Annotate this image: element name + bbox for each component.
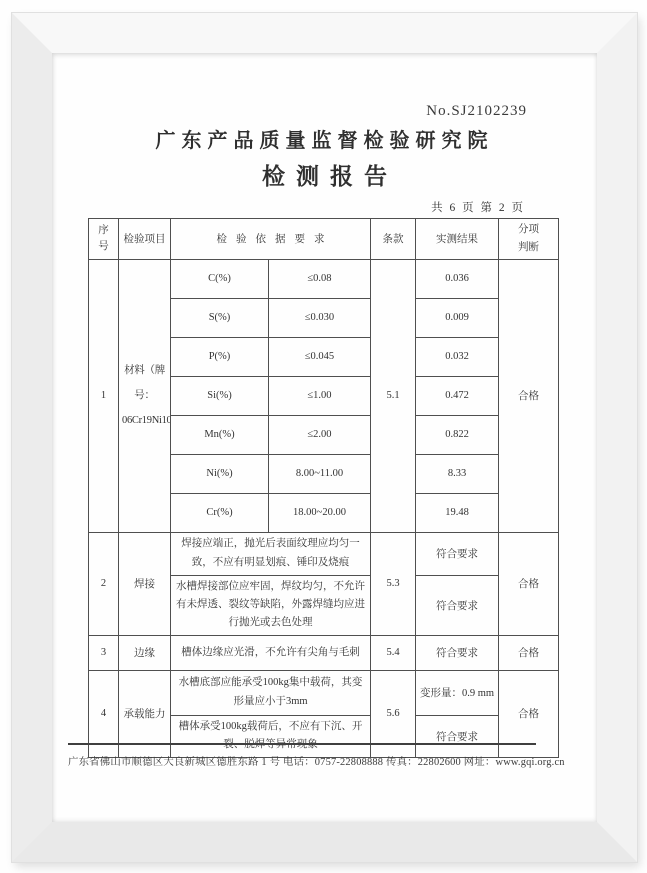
header-clause: 条款 — [371, 219, 416, 260]
cell-requirement: ≤0.045 — [269, 337, 371, 376]
report-title: 检测报告 — [52, 158, 597, 191]
cell-param: Mn(%) — [171, 415, 269, 454]
header-item: 检验项目 — [119, 219, 171, 260]
cell-seq: 1 — [89, 259, 119, 532]
picture-frame: No.SJ2102239 广东产品质量监督检验研究院 检测报告 共 6 页 第 … — [12, 13, 637, 862]
cell-param: S(%) — [171, 298, 269, 337]
page-indicator: 共 6 页 第 2 页 — [431, 199, 525, 215]
cell-requirement: ≤1.00 — [269, 376, 371, 415]
cell-result: 0.032 — [416, 337, 499, 376]
cell-requirement: 8.00~11.00 — [269, 454, 371, 493]
cell-requirement: 焊接应端正，抛光后表面纹理应均匀一致，不应有明显划痕、锤印及烧痕 — [171, 532, 371, 575]
cell-param: Cr(%) — [171, 493, 269, 532]
cell-param: Ni(%) — [171, 454, 269, 493]
cell-requirement: 水槽焊接部位应牢固，焊纹均匀，不允许有未焊透、裂纹等缺陷，外露焊缝均应进行抛光或… — [171, 575, 371, 635]
cell-clause: 5.3 — [371, 532, 416, 635]
cell-result: 0.472 — [416, 376, 499, 415]
table-row: 4 承载能力 水槽底部应能承受100kg集中载荷，其变形量应小于3mm 5.6 … — [89, 670, 559, 715]
table-row: 1 材料（牌号：06Cr19Ni10） C(%) ≤0.08 5.1 0.036… — [89, 259, 559, 298]
cell-item: 材料（牌号：06Cr19Ni10） — [119, 259, 171, 532]
cell-result: 符合要求 — [416, 575, 499, 635]
table-row: 3 边缘 槽体边缘应光滑，不允许有尖角与毛刺 5.4 符合要求 合格 — [89, 635, 559, 670]
cell-result: 0.822 — [416, 415, 499, 454]
cell-requirement: ≤0.030 — [269, 298, 371, 337]
cell-seq: 2 — [89, 532, 119, 635]
cell-requirement: ≤0.08 — [269, 259, 371, 298]
cell-item: 焊接 — [119, 532, 171, 635]
table-header-row: 序号 检验项目 检验依据要求 条款 实测结果 分项判断 — [89, 219, 559, 260]
cell-judgment: 合格 — [499, 635, 559, 670]
cell-result: 19.48 — [416, 493, 499, 532]
header-basis: 检验依据要求 — [171, 219, 371, 260]
cell-clause: 5.4 — [371, 635, 416, 670]
cell-result: 符合要求 — [416, 635, 499, 670]
cell-result: 8.33 — [416, 454, 499, 493]
cell-seq: 3 — [89, 635, 119, 670]
cell-result: 变形量：0.9 mm — [416, 670, 499, 715]
report-footer: 广东省佛山市顺德区大良新城区德胜东路 1 号 电话：0757-22808888 … — [68, 743, 536, 768]
cell-clause: 5.1 — [371, 259, 416, 532]
cell-item: 边缘 — [119, 635, 171, 670]
footer-divider — [68, 743, 536, 745]
header-result: 实测结果 — [416, 219, 499, 260]
cell-result: 符合要求 — [416, 532, 499, 575]
cell-param: C(%) — [171, 259, 269, 298]
cell-judgment: 合格 — [499, 259, 559, 532]
report-number: No.SJ2102239 — [426, 103, 527, 120]
cell-requirement: 槽体边缘应光滑，不允许有尖角与毛刺 — [171, 635, 371, 670]
cell-requirement: 水槽底部应能承受100kg集中载荷，其变形量应小于3mm — [171, 670, 371, 715]
cell-requirement: ≤2.00 — [269, 415, 371, 454]
cell-param: P(%) — [171, 337, 269, 376]
header-judgment: 分项判断 — [499, 219, 559, 260]
cell-result: 0.036 — [416, 259, 499, 298]
cell-param: Si(%) — [171, 376, 269, 415]
report-sheet: No.SJ2102239 广东产品质量监督检验研究院 检测报告 共 6 页 第 … — [52, 53, 597, 822]
header-seq: 序号 — [89, 219, 119, 260]
cell-requirement: 18.00~20.00 — [269, 493, 371, 532]
footer-contact: 广东省佛山市顺德区大良新城区德胜东路 1 号 电话：0757-22808888 … — [68, 753, 536, 768]
inspection-table: 序号 检验项目 检验依据要求 条款 实测结果 分项判断 1 材料（牌号：06Cr… — [88, 218, 559, 758]
cell-judgment: 合格 — [499, 532, 559, 635]
institute-name: 广东产品质量监督检验研究院 — [52, 124, 597, 153]
cell-result: 0.009 — [416, 298, 499, 337]
table-row: 2 焊接 焊接应端正，抛光后表面纹理应均匀一致，不应有明显划痕、锤印及烧痕 5.… — [89, 532, 559, 575]
